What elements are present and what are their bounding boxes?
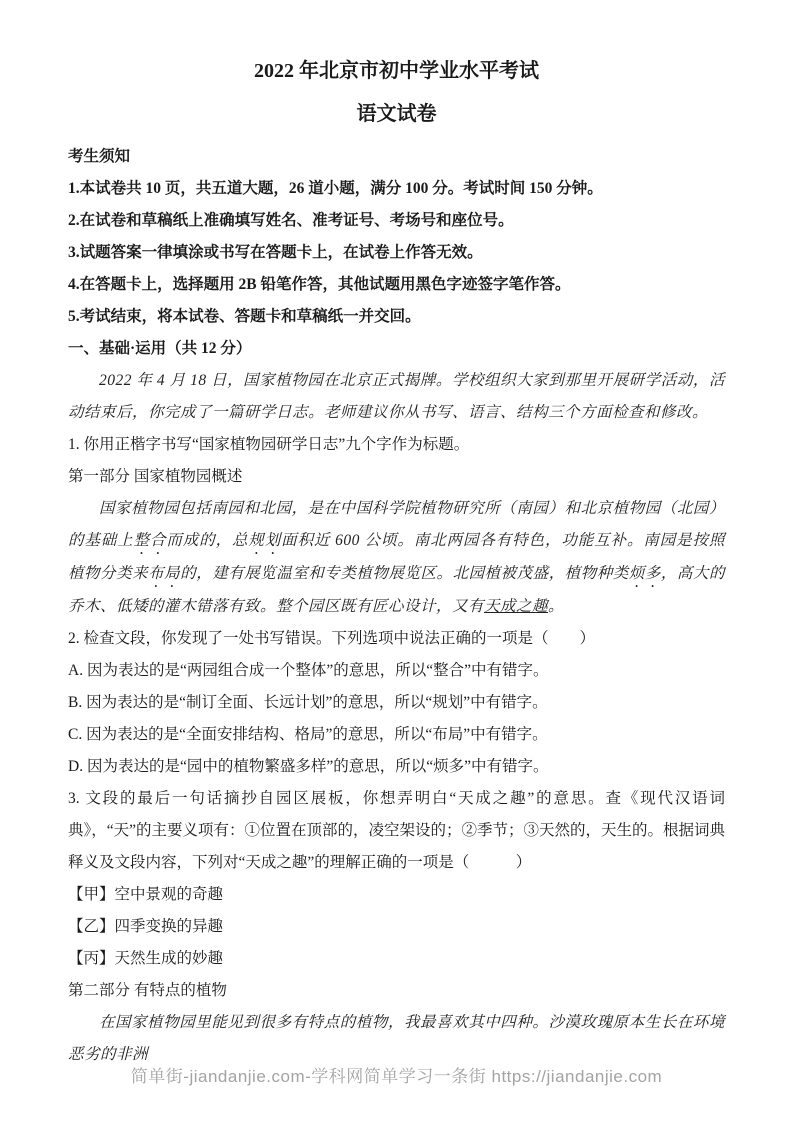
- question-2-option-a: A. 因为表达的是“两园组合成一个整体”的意思，所以“整合”中有错字。: [68, 655, 725, 687]
- part-2-heading: 第二部分 有特点的植物: [68, 975, 725, 1007]
- question-3-option-jia: 【甲】空中景观的奇趣: [68, 879, 725, 911]
- exam-paper-page: 2022 年北京市初中学业水平考试 语文试卷 考生须知 1.本试卷共 10 页，…: [0, 0, 793, 1122]
- notice-item-1: 1.本试卷共 10 页，共五道大题，26 道小题，满分 100 分。考试时间 1…: [68, 173, 725, 205]
- exam-title: 2022 年北京市初中学业水平考试: [68, 58, 725, 84]
- underlined-text: 天成之趣: [484, 598, 548, 615]
- notice-item-4: 4.在答题卡上，选择题用 2B 铅笔作答，其他试题用黑色字迹签字笔作答。: [68, 269, 725, 301]
- question-3-stem: 3. 文段的最后一句话摘抄自园区展板，你想弄明白“天成之趣”的意思。查《现代汉语…: [68, 783, 725, 879]
- question-2-option-d: D. 因为表达的是“园中的植物繁盛多样”的意思，所以“烦多”中有错字。: [68, 751, 725, 783]
- plain-text: 。: [548, 598, 564, 615]
- question-3-option-bing: 【丙】天然生成的妙趣: [68, 943, 725, 975]
- emphasized-text: 烦多: [629, 565, 661, 582]
- emphasized-text: 整合: [134, 532, 167, 549]
- question-1: 1. 你用正楷字书写“国家植物园研学日志”九个字作为标题。: [68, 429, 725, 461]
- plain-text: 的，建有展览温室和专类植物展览区。北园植被茂盛，植物种类: [180, 565, 629, 582]
- emphasized-text: 规划: [248, 532, 281, 549]
- question-2-option-c: C. 因为表达的是“全面安排结构、格局”的意思，所以“布局”中有错字。: [68, 719, 725, 751]
- exam-subtitle: 语文试卷: [68, 101, 725, 127]
- plain-text: 而成的，总: [166, 532, 248, 549]
- part-1-heading: 第一部分 国家植物园概述: [68, 461, 725, 493]
- passage-paragraph: 国家植物园包括南园和北园，是在中国科学院植物研究所（南园）和北京植物园（北园）的…: [68, 493, 725, 623]
- watermark-footer: 简单街-jiandanjie.com-学科网简单学习一条街 https://ji…: [0, 1062, 793, 1087]
- question-2-option-b: B. 因为表达的是“制订全面、长远计划”的意思，所以“规划”中有错字。: [68, 687, 725, 719]
- notice-heading: 考生须知: [68, 141, 725, 173]
- intro-paragraph: 2022 年 4 月 18 日，国家植物园在北京正式揭牌。学校组织大家到那里开展…: [68, 365, 725, 429]
- emphasized-text: 布局: [148, 565, 180, 582]
- question-3-option-yi: 【乙】四季变换的异趣: [68, 911, 725, 943]
- section-1-heading: 一、基础·运用（共 12 分）: [68, 333, 725, 365]
- notice-item-3: 3.试题答案一律填涂或书写在答题卡上，在试卷上作答无效。: [68, 237, 725, 269]
- question-2-stem: 2. 检查文段，你发现了一处书写错误。下列选项中说法正确的一项是（ ）: [68, 623, 725, 655]
- notice-item-5: 5.考试结束，将本试卷、答题卡和草稿纸一并交回。: [68, 301, 725, 333]
- notice-item-2: 2.在试卷和草稿纸上准确填写姓名、准考证号、考场号和座位号。: [68, 205, 725, 237]
